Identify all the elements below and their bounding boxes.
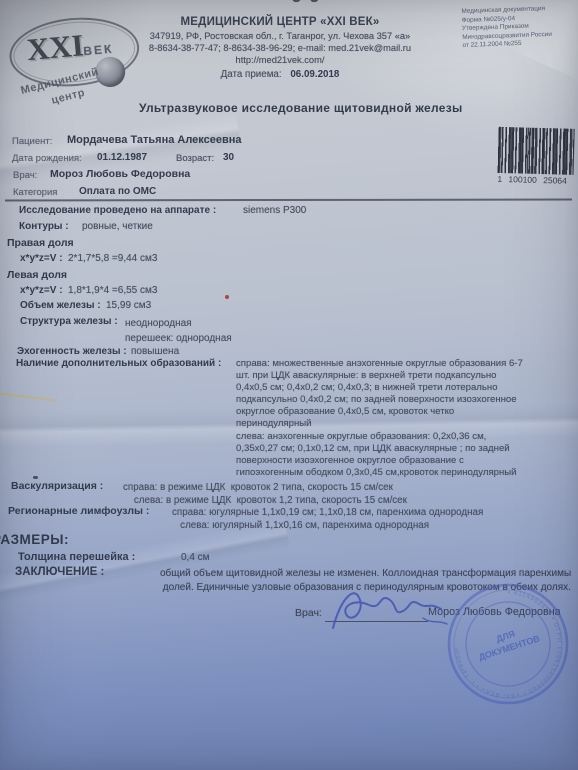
doctor-signature: [327, 578, 451, 638]
red-speck: [225, 295, 229, 299]
birth-value: 01.12.1987: [97, 152, 147, 163]
category-value: Оплата по ОМС: [79, 186, 156, 197]
isthmus-value: 0,4 см: [181, 552, 210, 563]
device-value: siemens P300: [243, 205, 306, 216]
formations-value: справа: множественные анэхогенные округл…: [236, 358, 578, 479]
birth-label: Дата рождения:: [12, 153, 82, 164]
structure-label: Структура железы :: [20, 316, 118, 327]
clinic-website: http://med21vek.com/: [118, 55, 442, 65]
barcode: 1 100100 25064: [497, 127, 578, 186]
clinic-name: МЕДИЦИНСКИЙ ЦЕНТР «XXI ВЕК»: [118, 16, 442, 28]
logo-vek-text: ВЕК: [83, 42, 114, 59]
clinic-phones: 8-8634-38-77-47; 8-8634-38-96-29; e-mail…: [118, 43, 442, 53]
contours-label: Контуры :: [19, 221, 69, 232]
left-lobe-heading: Левая доля: [7, 269, 67, 281]
volume-label: Объем железы :: [20, 300, 101, 311]
barcode-number: 1 100100 25064: [497, 174, 578, 186]
volume-value: 15,99 см3: [106, 300, 151, 311]
doctor-label: Врач:: [13, 170, 37, 181]
clinic-address: 347919, РФ, Ростовская обл., г. Таганрог…: [118, 31, 442, 41]
visit-date-value: 06.09.2018: [290, 69, 339, 80]
lymph-nodes-label: Регионарные лимфоузлы :: [8, 505, 149, 517]
contours-value: ровные, четкие: [82, 221, 153, 232]
vascularization-value: справа: в режиме ЦДК кровоток 2 типа, ск…: [123, 481, 563, 507]
separator-line: [5, 199, 572, 202]
report-title: Ультразвуковое исследование щитовидной ж…: [139, 101, 463, 115]
age-value: 30: [223, 152, 234, 163]
barcode-bars: [498, 127, 575, 175]
right-lobe-heading: Правая доля: [7, 237, 74, 249]
doctor-name: Мороз Любовь Федоровна: [50, 168, 190, 180]
hair-fiber: [0, 392, 56, 401]
category-label: Категория: [13, 187, 57, 198]
right-lobe-formula-label: x*y*z=V :: [20, 253, 63, 264]
sizes-heading: РАЗМЕРЫ:: [0, 532, 69, 547]
dark-speck: [33, 476, 38, 479]
logo-caption-line2: центр: [50, 87, 86, 107]
device-label: Исследование проведено на аппарате :: [19, 205, 216, 216]
formations-label: Наличие дополнительных образований :: [16, 358, 221, 369]
left-lobe-formula-label: x*y*z=V :: [20, 285, 63, 296]
patient-name: Мордачева Татьяна Алексеевна: [67, 134, 242, 146]
echogenicity-label: Эхогенность железы :: [17, 346, 127, 357]
right-lobe-formula-value: 2*1,7*5,8 =9,44 см3: [68, 253, 157, 264]
document-photo: 33 XXI ВЕК Медицинский центр Медицинская…: [0, 0, 578, 770]
patient-label: Пациент:: [12, 136, 52, 147]
top-page-fragment: 33: [292, 0, 328, 7]
visit-date-row: Дата приема: 06.09.2018: [118, 69, 442, 80]
isthmus-label: Толщина перешейка :: [18, 551, 135, 563]
logo-xxi-text: XXI: [25, 27, 85, 68]
structure-value: неоднородная перешеек: однородная: [125, 316, 232, 346]
vascularization-label: Васкуляризация :: [11, 480, 103, 492]
conclusion-label: ЗАКЛЮЧЕНИЕ :: [15, 566, 104, 578]
age-label: Возраст:: [176, 153, 214, 164]
lymph-nodes-value: справа: югулярные 1,1х0,19 см; 1,1х0,18 …: [172, 506, 572, 532]
visit-date-label: Дата приема:: [221, 69, 282, 80]
left-lobe-formula-value: 1,8*1,9*4 =6,55 см3: [68, 285, 157, 296]
clinic-stamp: • 6114502459 • ОГРН 1096154003960 • «XXI…: [445, 581, 571, 707]
echogenicity-value: повышена: [131, 346, 179, 357]
form-note: Медицинская документация Форма №025/у-04…: [461, 4, 576, 51]
sign-doctor-label: Врач:: [295, 607, 322, 619]
